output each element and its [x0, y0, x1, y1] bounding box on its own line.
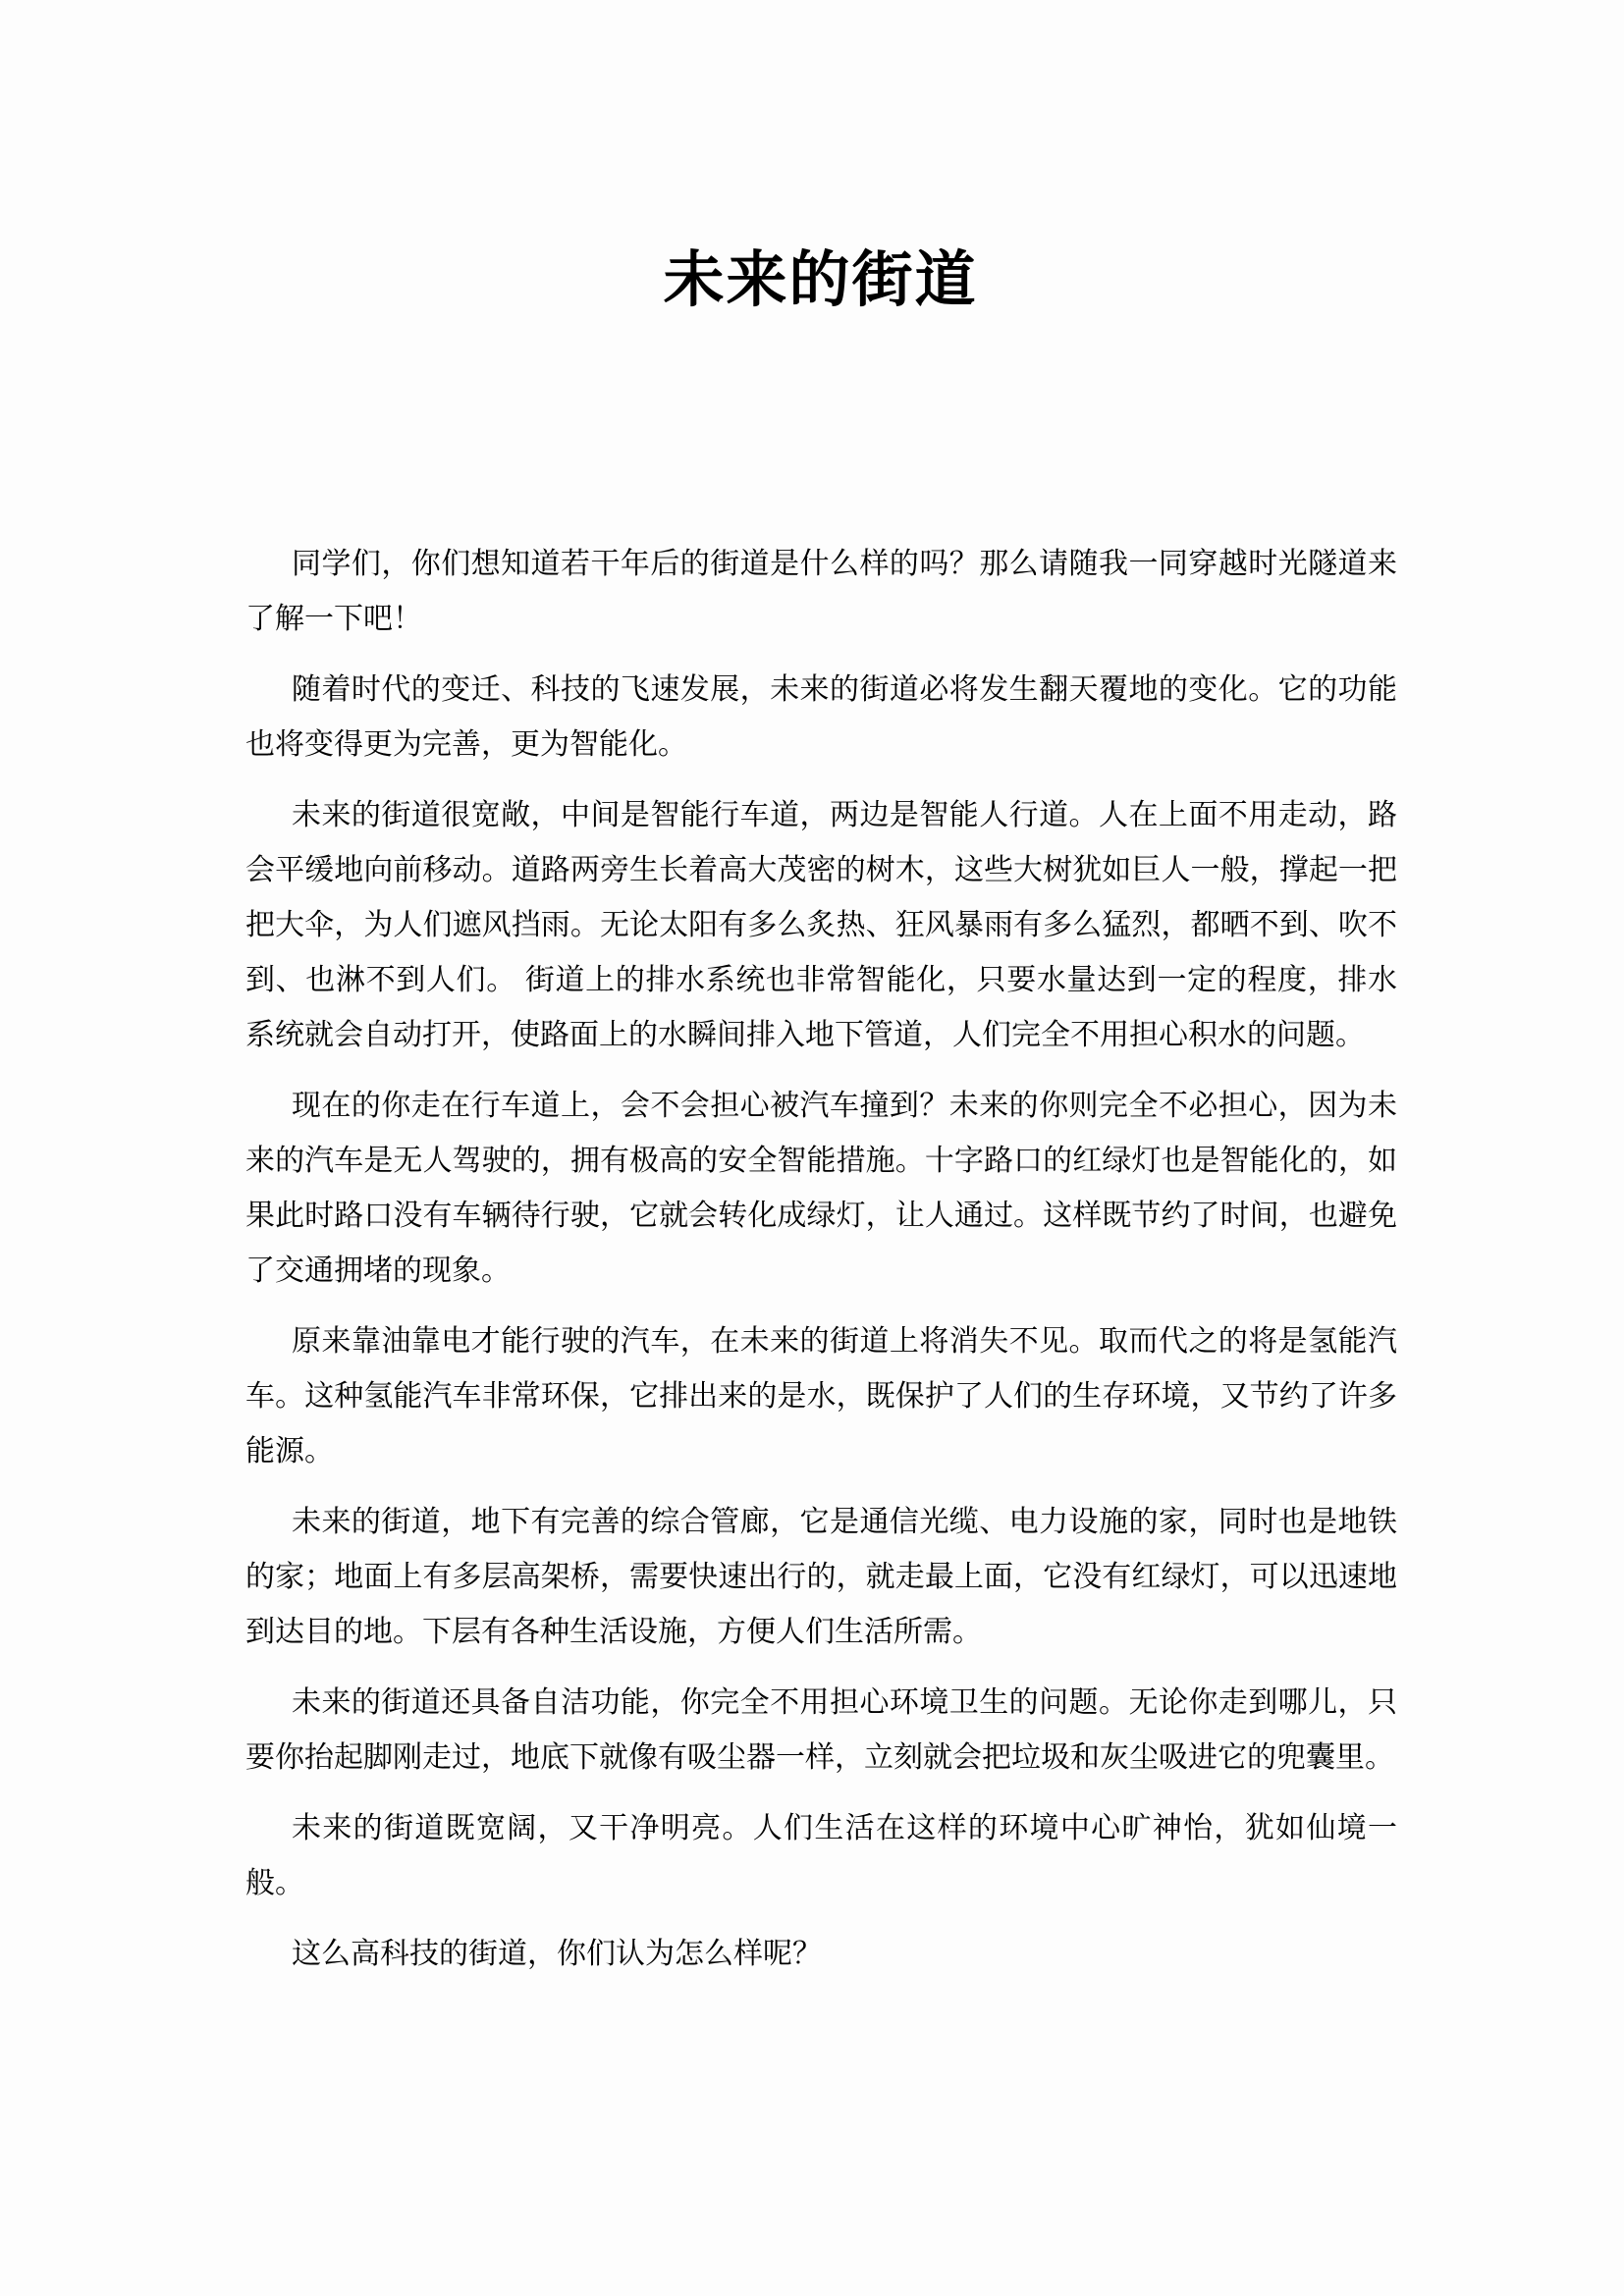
paragraph: 未来的街道还具备自洁功能，你完全不用担心环境卫生的问题。无论你走到哪儿，只要你抬…	[245, 1676, 1397, 1786]
paragraph: 现在的你走在行车道上，会不会担心被汽车撞到？未来的你则完全不必担心，因为未来的汽…	[245, 1079, 1397, 1299]
paragraph: 这么高科技的街道，你们认为怎么样呢？	[245, 1927, 1397, 1982]
paragraph: 未来的街道既宽阔，又干净明亮。人们生活在这样的环境中心旷神怡，犹如仙境一般。	[245, 1801, 1397, 1911]
document-body: 同学们，你们想知道若干年后的街道是什么样的吗？那么请随我一同穿越时光隧道来了解一…	[245, 537, 1397, 1998]
document-page: 未来的街道 同学们，你们想知道若干年后的街道是什么样的吗？那么请随我一同穿越时光…	[0, 0, 1624, 2296]
paragraph: 同学们，你们想知道若干年后的街道是什么样的吗？那么请随我一同穿越时光隧道来了解一…	[245, 537, 1397, 647]
paragraph: 未来的街道，地下有完善的综合管廊，它是通信光缆、电力设施的家，同时也是地铁的家；…	[245, 1495, 1397, 1660]
paragraph: 随着时代的变迁、科技的飞速发展，未来的街道必将发生翻天覆地的变化。它的功能也将变…	[245, 663, 1397, 773]
paragraph: 未来的街道很宽敞，中间是智能行车道，两边是智能人行道。人在上面不用走动，路会平缓…	[245, 788, 1397, 1063]
page-title: 未来的街道	[245, 247, 1395, 314]
paragraph: 原来靠油靠电才能行驶的汽车，在未来的街道上将消失不见。取而代之的将是氢能汽车。这…	[245, 1314, 1397, 1479]
